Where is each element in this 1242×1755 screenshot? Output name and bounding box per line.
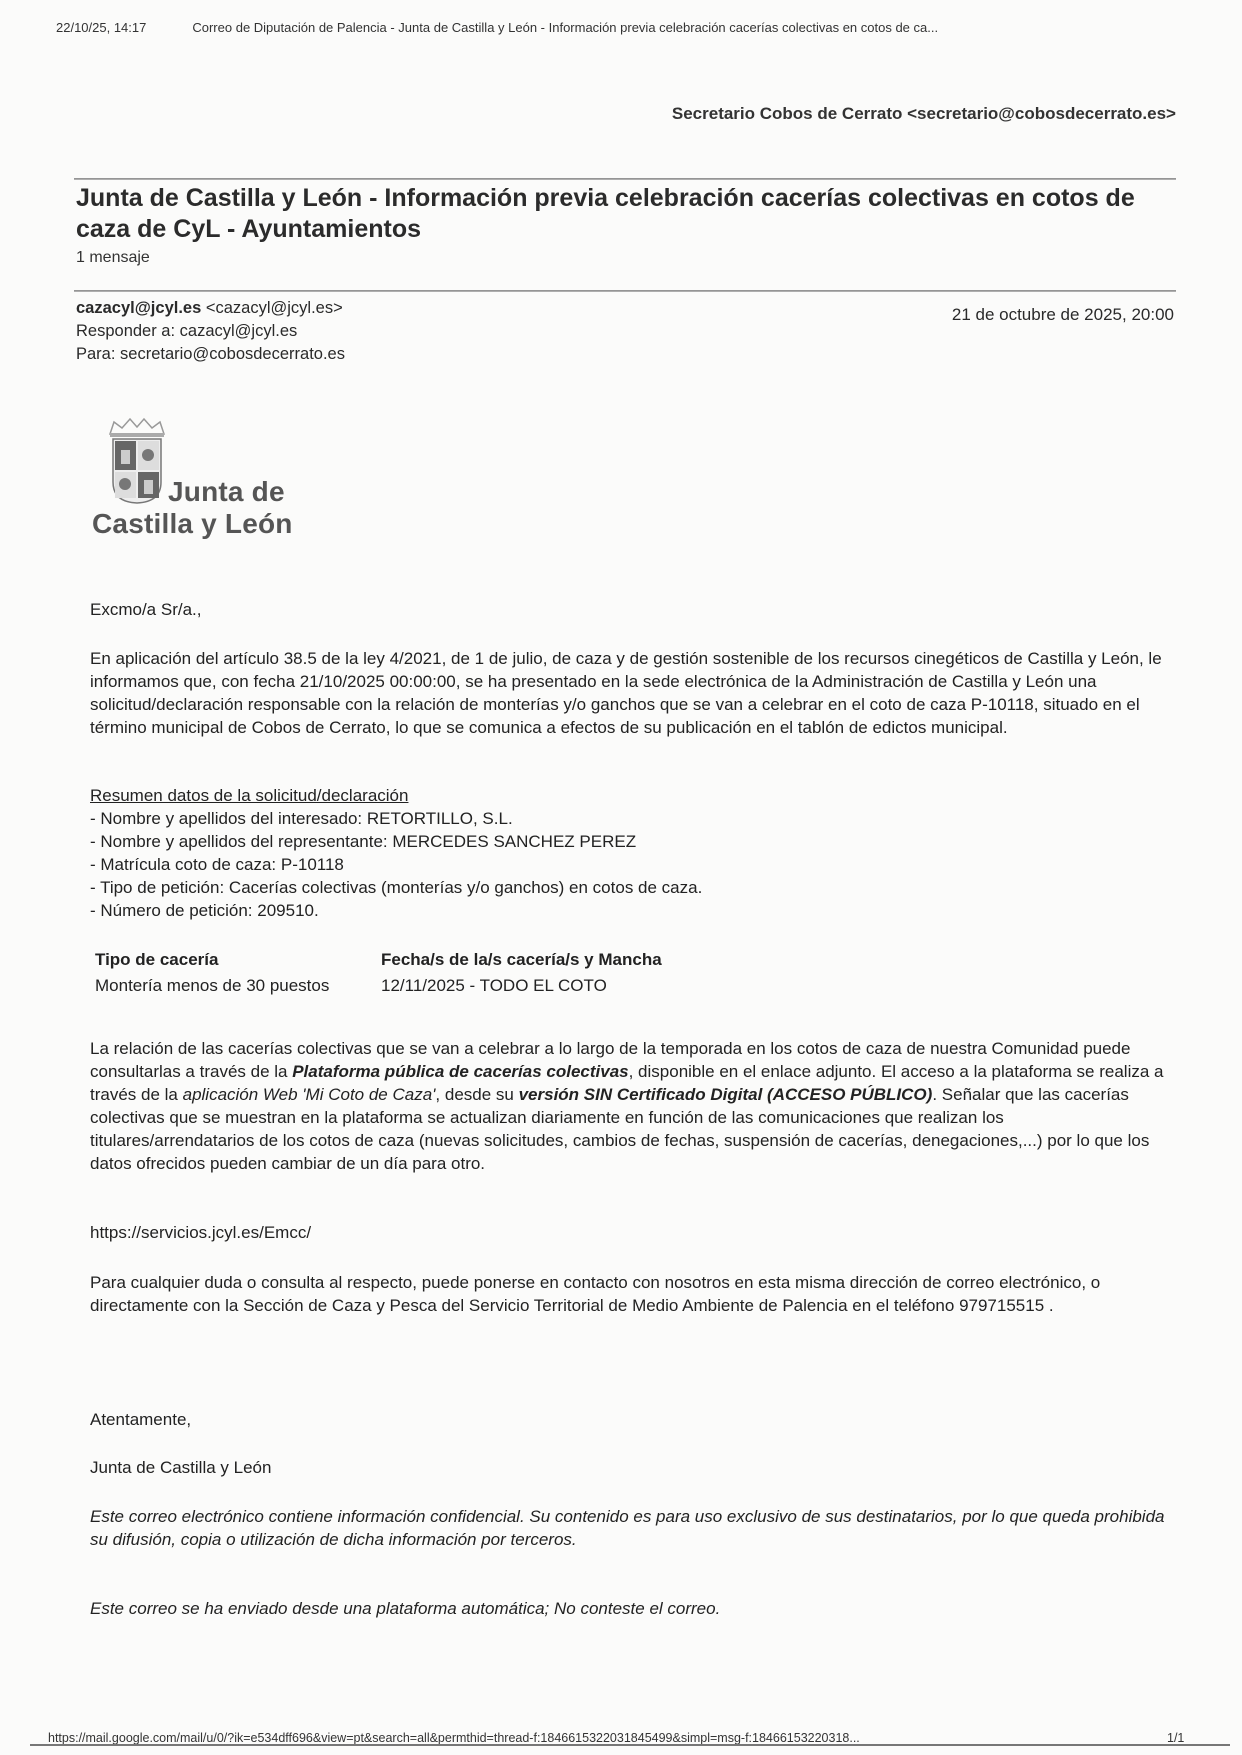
message-header: cazacyl@jcyl.es <cazacyl@jcyl.es> Respon… [76,297,345,366]
table-row: Montería menos de 30 puestos 12/11/2025 … [95,976,662,996]
logo-text-line2: Castilla y León [92,508,293,540]
column-header-type: Tipo de cacería [95,950,381,976]
message-date: 21 de octubre de 2025, 20:00 [952,305,1174,325]
confidentiality-notice: Este correo electrónico contiene informa… [90,1505,1170,1551]
print-page-number: 1/1 [1167,1731,1184,1745]
sender-email: <cazacyl@jcyl.es> [206,299,343,317]
hunt-dates-cell: 12/11/2025 - TODO EL COTO [381,976,662,996]
sender: cazacyl@jcyl.es <cazacyl@jcyl.es> [76,297,345,320]
public-access-version: versión SIN Certificado Digital (ACCESO … [519,1085,933,1104]
summary-item: - Número de petición: 209510. [90,899,1170,922]
divider [74,290,1176,292]
summary-item: - Matrícula coto de caza: P-10118 [90,853,1170,876]
platform-link-block: https://servicios.jcyl.es/Emcc/ [90,1221,1170,1244]
text-segment: , desde su [435,1085,518,1104]
junta-logo: Junta de Castilla y León [92,416,332,546]
print-footer-url: https://mail.google.com/mail/u/0/?ik=e53… [48,1731,860,1745]
logo-text-line1: Junta de [168,476,285,508]
platform-paragraph: La relación de las cacerías colectivas q… [90,1037,1170,1175]
print-page-title: Correo de Diputación de Palencia - Junta… [192,20,938,35]
recipient: Para: secretario@cobosdecerrato.es [76,343,345,366]
auto-notice: Este correo se ha enviado desde una plat… [90,1597,1170,1620]
account-identity: Secretario Cobos de Cerrato <secretario@… [672,104,1176,124]
divider [74,178,1176,180]
platform-name: Plataforma pública de cacerías colectiva… [292,1062,628,1081]
column-header-dates: Fecha/s de la/s cacería/s y Mancha [381,950,662,976]
divider [30,1744,1230,1746]
app-name: aplicación Web 'Mi Coto de Caza' [183,1085,436,1104]
hunt-table-header: Tipo de cacería Fecha/s de la/s cacería/… [95,950,662,976]
message-count: 1 mensaje [76,249,150,267]
print-datetime: 22/10/25, 14:17 [56,20,146,35]
hunt-table: Tipo de cacería Fecha/s de la/s cacería/… [95,950,662,996]
hunt-type-cell: Montería menos de 30 puestos [95,976,381,996]
closing: Atentamente, [90,1408,1170,1431]
greeting: Excmo/a Sr/a., [90,598,1170,621]
summary-item: - Nombre y apellidos del interesado: RET… [90,807,1170,830]
signer: Junta de Castilla y León [90,1456,1170,1479]
contact-paragraph: Para cualquier duda o consulta al respec… [90,1271,1170,1317]
reply-to: Responder a: cazacyl@jcyl.es [76,320,345,343]
summary-item: - Tipo de petición: Cacerías colectivas … [90,876,1170,899]
request-summary: Resumen datos de la solicitud/declaració… [90,784,1170,922]
platform-link[interactable]: https://servicios.jcyl.es/Emcc/ [90,1223,311,1242]
crown-icon [106,416,168,438]
sender-name[interactable]: cazacyl@jcyl.es [76,299,201,317]
summary-title: Resumen datos de la solicitud/declaració… [90,784,1170,807]
intro-paragraph: En aplicación del artículo 38.5 de la le… [90,647,1170,739]
coat-of-arms-icon [112,438,162,504]
print-header: 22/10/25, 14:17 Correo de Diputación de … [56,20,1202,35]
thread-subject: Junta de Castilla y León - Información p… [76,183,1186,245]
summary-item: - Nombre y apellidos del representante: … [90,830,1170,853]
